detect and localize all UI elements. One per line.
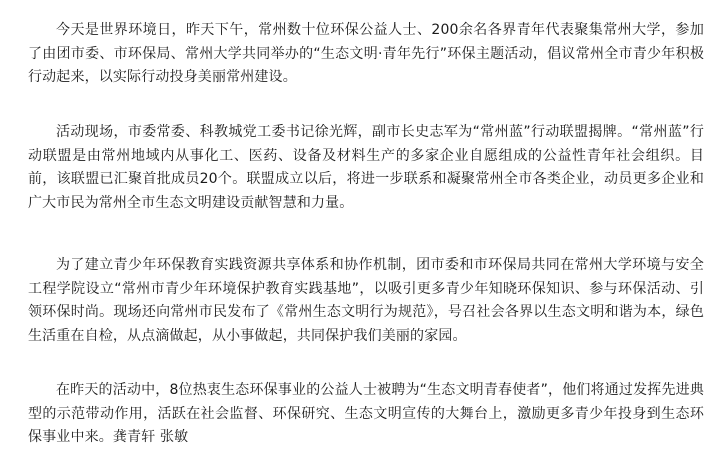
paragraph-world-environment-day: 今天是世界环境日，昨天下午，常州数十位环保公益人士、200余名各界青年代表聚集常…: [28, 19, 704, 90]
article-body: 今天是世界环境日，昨天下午，常州数十位环保公益人士、200余名各界青年代表聚集常…: [0, 0, 727, 462]
paragraph-education-base: 为了建立青少年环保教育实践资源共享体系和协作机制，团市委和市环保局共同在常州大学…: [28, 254, 704, 348]
paragraph-youth-ambassadors: 在昨天的活动中，8位热衷生态环保事业的公益人士被聘为“生态文明青春使者”，他们将…: [28, 379, 704, 450]
paragraph-changzhou-blue-alliance: 活动现场，市委常委、科教城党工委书记徐光辉，副市长史志军为“常州蓝”行动联盟揭牌…: [28, 121, 704, 215]
